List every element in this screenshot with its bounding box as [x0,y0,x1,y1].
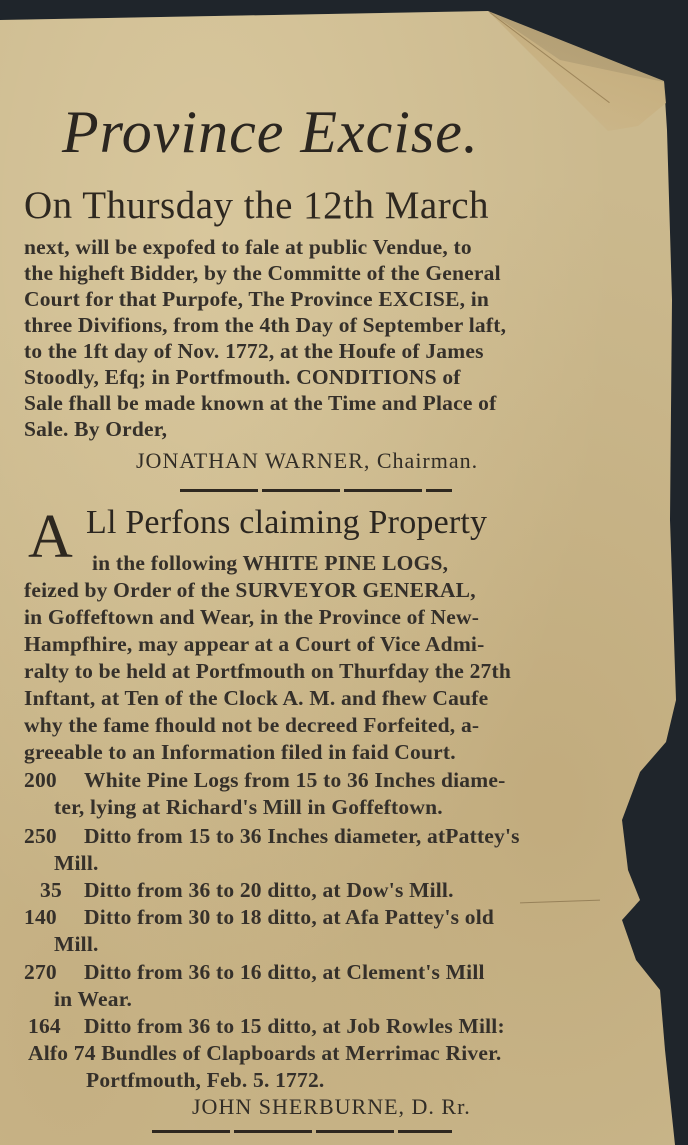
item-text: Ditto from 36 to 15 ditto, at Job Rowles… [84,1014,505,1039]
item-cont: in Wear. [54,987,132,1012]
notice1-subhead: On Thursday the 12th March [24,183,489,228]
item-qty: 250 [24,824,57,849]
notice2-heading: Ll Perfons claiming Property [86,504,487,542]
notice1-line: next, will be expofed to fale at public … [24,235,472,260]
dateline: Portfmouth, Feb. 5. 1772. [86,1068,325,1093]
notice2-line: why the fame fhould not be decreed Forfe… [24,713,479,738]
notice2-line: in Goffeftown and Wear, in the Province … [24,605,479,630]
section-divider [180,489,452,492]
notice2-line: in the following WHITE PINE LOGS, [92,551,448,576]
notice1-line: the higheft Bidder, by the Committe of t… [24,261,501,286]
bottom-divider [152,1130,452,1133]
drop-cap: A [28,502,73,573]
item-text: Ditto from 36 to 16 ditto, at Clement's … [84,960,485,985]
notice2-line: ralty to be held at Portfmouth on Thurfd… [24,659,511,684]
notice1-signature: JONATHAN WARNER, Chairman. [136,448,478,474]
broadside-text: Province Excise. On Thursday the 12th Ma… [0,0,688,1145]
notice1-line: three Divifions, from the 4th Day of Sep… [24,313,506,338]
notice2-line: greeable to an Information filed in faid… [24,740,456,765]
page-title: Province Excise. [62,98,479,167]
item-text: Ditto from 30 to 18 ditto, at Afa Pattey… [84,905,494,930]
item-qty: 140 [24,905,57,930]
item-qty: 200 [24,768,57,793]
notice2-line: Hampfhire, may appear at a Court of Vice… [24,632,484,657]
item-qty: 270 [24,960,57,985]
item-cont: Mill. [54,851,99,876]
notice2-signature: JOHN SHERBURNE, D. Rr. [192,1094,471,1120]
item-qty: 164 [28,1014,61,1039]
also-line: Alfo 74 Bundles of Clapboards at Merrima… [28,1041,501,1066]
item-text: Ditto from 15 to 36 Inches diameter, atP… [84,824,520,849]
notice1-line: Court for that Purpofe, The Province EXC… [24,287,489,312]
item-text: Ditto from 36 to 20 ditto, at Dow's Mill… [84,878,454,903]
notice2-line: feized by Order of the SURVEYOR GENERAL, [24,578,476,603]
notice1-line: Stoodly, Efq; in Portfmouth. CONDITIONS … [24,365,461,390]
item-cont: Mill. [54,932,99,957]
item-text: White Pine Logs from 15 to 36 Inches dia… [84,768,505,793]
document-scan: Province Excise. On Thursday the 12th Ma… [0,0,688,1145]
notice1-line: to the 1ft day of Nov. 1772, at the Houf… [24,339,484,364]
notice1-line: Sale fhall be made known at the Time and… [24,391,496,416]
notice1-line: Sale. By Order, [24,417,167,442]
item-qty: 35 [40,878,62,903]
notice2-line: Inftant, at Ten of the Clock A. M. and f… [24,686,488,711]
item-cont: ter, lying at Richard's Mill in Goffefto… [54,795,443,820]
